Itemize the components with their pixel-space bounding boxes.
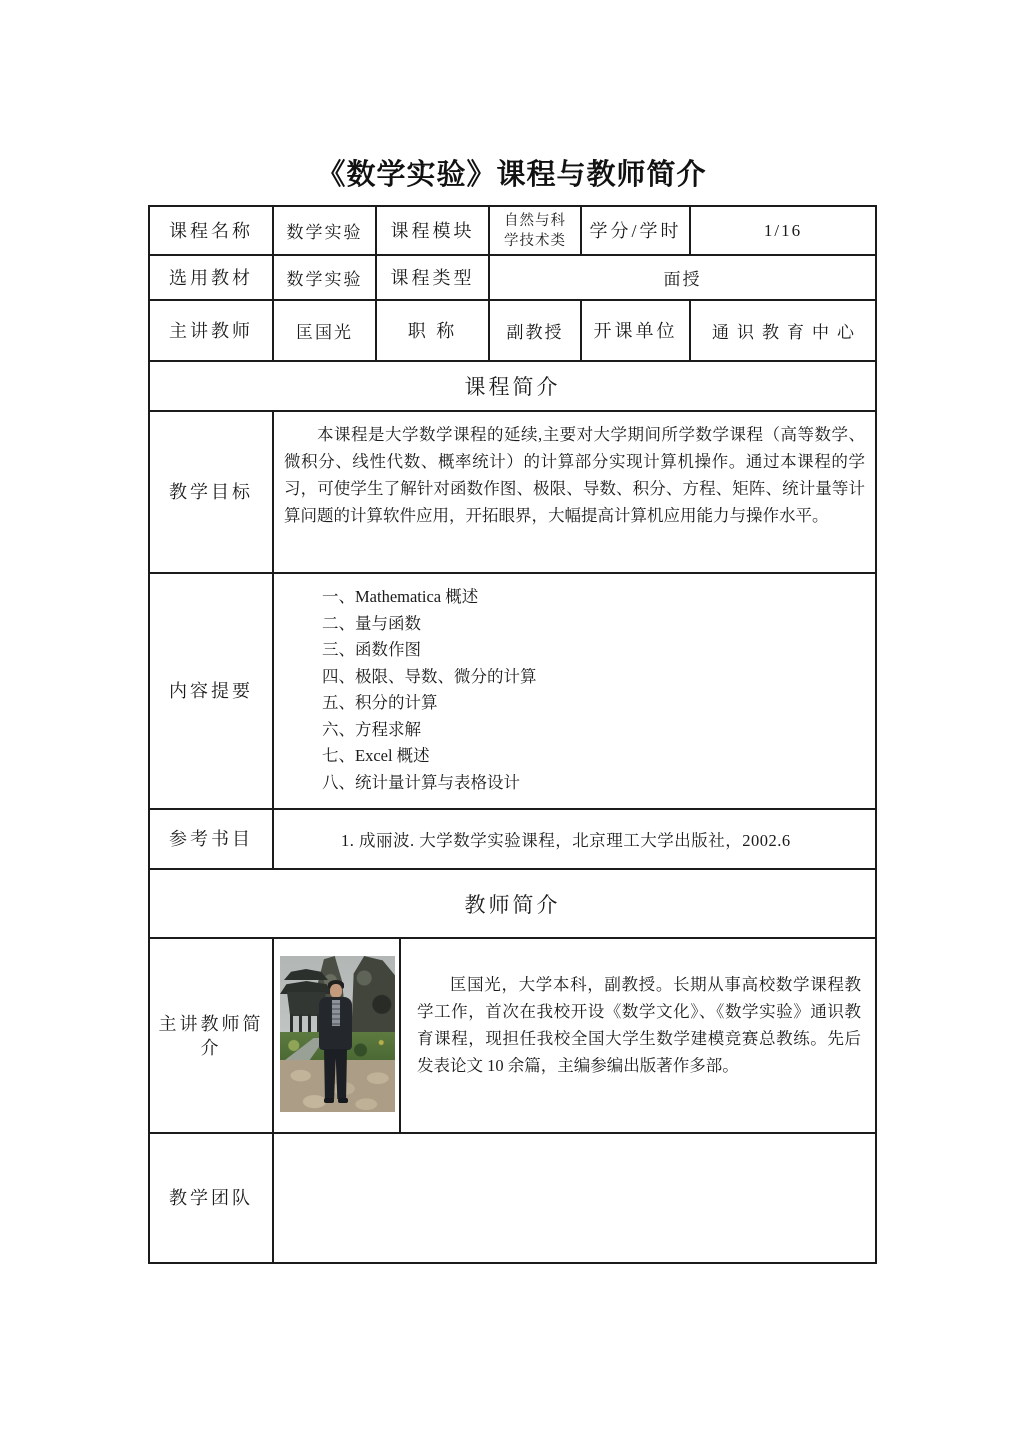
teacher-photo (280, 956, 395, 1112)
offering-unit-value: 通识教育中心 (689, 301, 875, 360)
course-type-label: 课程类型 (375, 256, 488, 299)
table-row: 课程名称 数学实验 课程模块 自然与科学技术类 学分/学时 1/16 (150, 207, 875, 254)
rank-label: 职 称 (375, 301, 488, 360)
instructor-bio-cell: 匡国光，大学本科，副教授。长期从事高校数学课程教学工作，首次在我校开设《数学文化… (399, 939, 875, 1132)
content-outline-cell: 一、Mathematica 概述 二、量与函数 三、函数作图 四、极限、导数、微… (272, 574, 875, 808)
instructor-value: 匡国光 (272, 301, 375, 360)
course-name-label: 课程名称 (150, 207, 272, 254)
course-intro-header: 课程简介 (150, 362, 875, 410)
photo-rock-right (351, 956, 395, 1044)
outline-item: 七、Excel 概述 (322, 743, 875, 770)
teacher-intro-header: 教师简介 (150, 870, 875, 937)
table-row: 主讲教师简介 (150, 937, 875, 1132)
photo-person-shirt (332, 1000, 340, 1026)
reference-cell: 1. 成丽波. 大学数学实验课程，北京理工大学出版社，2002.6 (272, 810, 875, 868)
outline-item: 一、Mathematica 概述 (322, 584, 875, 611)
content-outline-list: 一、Mathematica 概述 二、量与函数 三、函数作图 四、极限、导数、微… (274, 574, 875, 796)
page-title: 《数学实验》课程与教师简介 (148, 152, 875, 193)
instructor-bio-label: 主讲教师简介 (150, 939, 272, 1132)
teaching-team-content (272, 1134, 875, 1262)
table-row: 教学目标 本课程是大学数学课程的延续,主要对大学期间所学数学课程（高等数学、微积… (150, 410, 875, 572)
photo-person-shoe (324, 1098, 334, 1103)
teaching-team-label: 教学团队 (150, 1134, 272, 1262)
rank-value: 副教授 (488, 301, 580, 360)
course-module-label: 课程模块 (375, 207, 488, 254)
table-row: 参考书目 1. 成丽波. 大学数学实验课程，北京理工大学出版社，2002.6 (150, 808, 875, 868)
offering-unit-label: 开课单位 (580, 301, 689, 360)
document-page: 《数学实验》课程与教师简介 课程名称 数学实验 课程模块 自然与科学技术类 学分… (0, 0, 1024, 1447)
instructor-label: 主讲教师 (150, 301, 272, 360)
course-type-value: 面授 (488, 256, 875, 299)
credit-hours-label: 学分/学时 (580, 207, 689, 254)
teacher-photo-cell (272, 939, 399, 1132)
photo-person-head (330, 984, 342, 998)
outline-item: 三、函数作图 (322, 637, 875, 664)
table-row: 内容提要 一、Mathematica 概述 二、量与函数 三、函数作图 四、极限… (150, 572, 875, 808)
content-outline-label: 内容提要 (150, 574, 272, 808)
teaching-objective-label: 教学目标 (150, 412, 272, 572)
course-module-value: 自然与科学技术类 (488, 207, 580, 254)
teaching-objective-cell: 本课程是大学数学课程的延续,主要对大学期间所学数学课程（高等数学、微积分、线性代… (272, 412, 875, 572)
photo-person-shoe (338, 1098, 348, 1103)
outline-item: 六、方程求解 (322, 717, 875, 744)
instructor-bio-text: 匡国光，大学本科，副教授。长期从事高校数学课程教学工作，首次在我校开设《数学文化… (401, 939, 875, 1079)
reference-text: 1. 成丽波. 大学数学实验课程，北京理工大学出版社，2002.6 (274, 827, 791, 851)
outline-item: 五、积分的计算 (322, 690, 875, 717)
table-row: 课程简介 (150, 360, 875, 410)
outline-item: 八、统计量计算与表格设计 (322, 770, 875, 797)
textbook-label: 选用教材 (150, 256, 272, 299)
credit-hours-value: 1/16 (689, 207, 875, 254)
reference-label: 参考书目 (150, 810, 272, 868)
table-row: 主讲教师 匡国光 职 称 副教授 开课单位 通识教育中心 (150, 299, 875, 360)
textbook-value: 数学实验 (272, 256, 375, 299)
table-row: 教师简介 (150, 868, 875, 937)
teaching-objective-text: 本课程是大学数学课程的延续,主要对大学期间所学数学课程（高等数学、微积分、线性代… (274, 412, 875, 529)
table-row: 教学团队 (150, 1132, 875, 1262)
course-name-value: 数学实验 (272, 207, 375, 254)
course-info-table: 课程名称 数学实验 课程模块 自然与科学技术类 学分/学时 1/16 选用教材 … (148, 205, 877, 1264)
table-row: 选用教材 数学实验 课程类型 面授 (150, 254, 875, 299)
outline-item: 四、极限、导数、微分的计算 (322, 664, 875, 691)
outline-item: 二、量与函数 (322, 611, 875, 638)
